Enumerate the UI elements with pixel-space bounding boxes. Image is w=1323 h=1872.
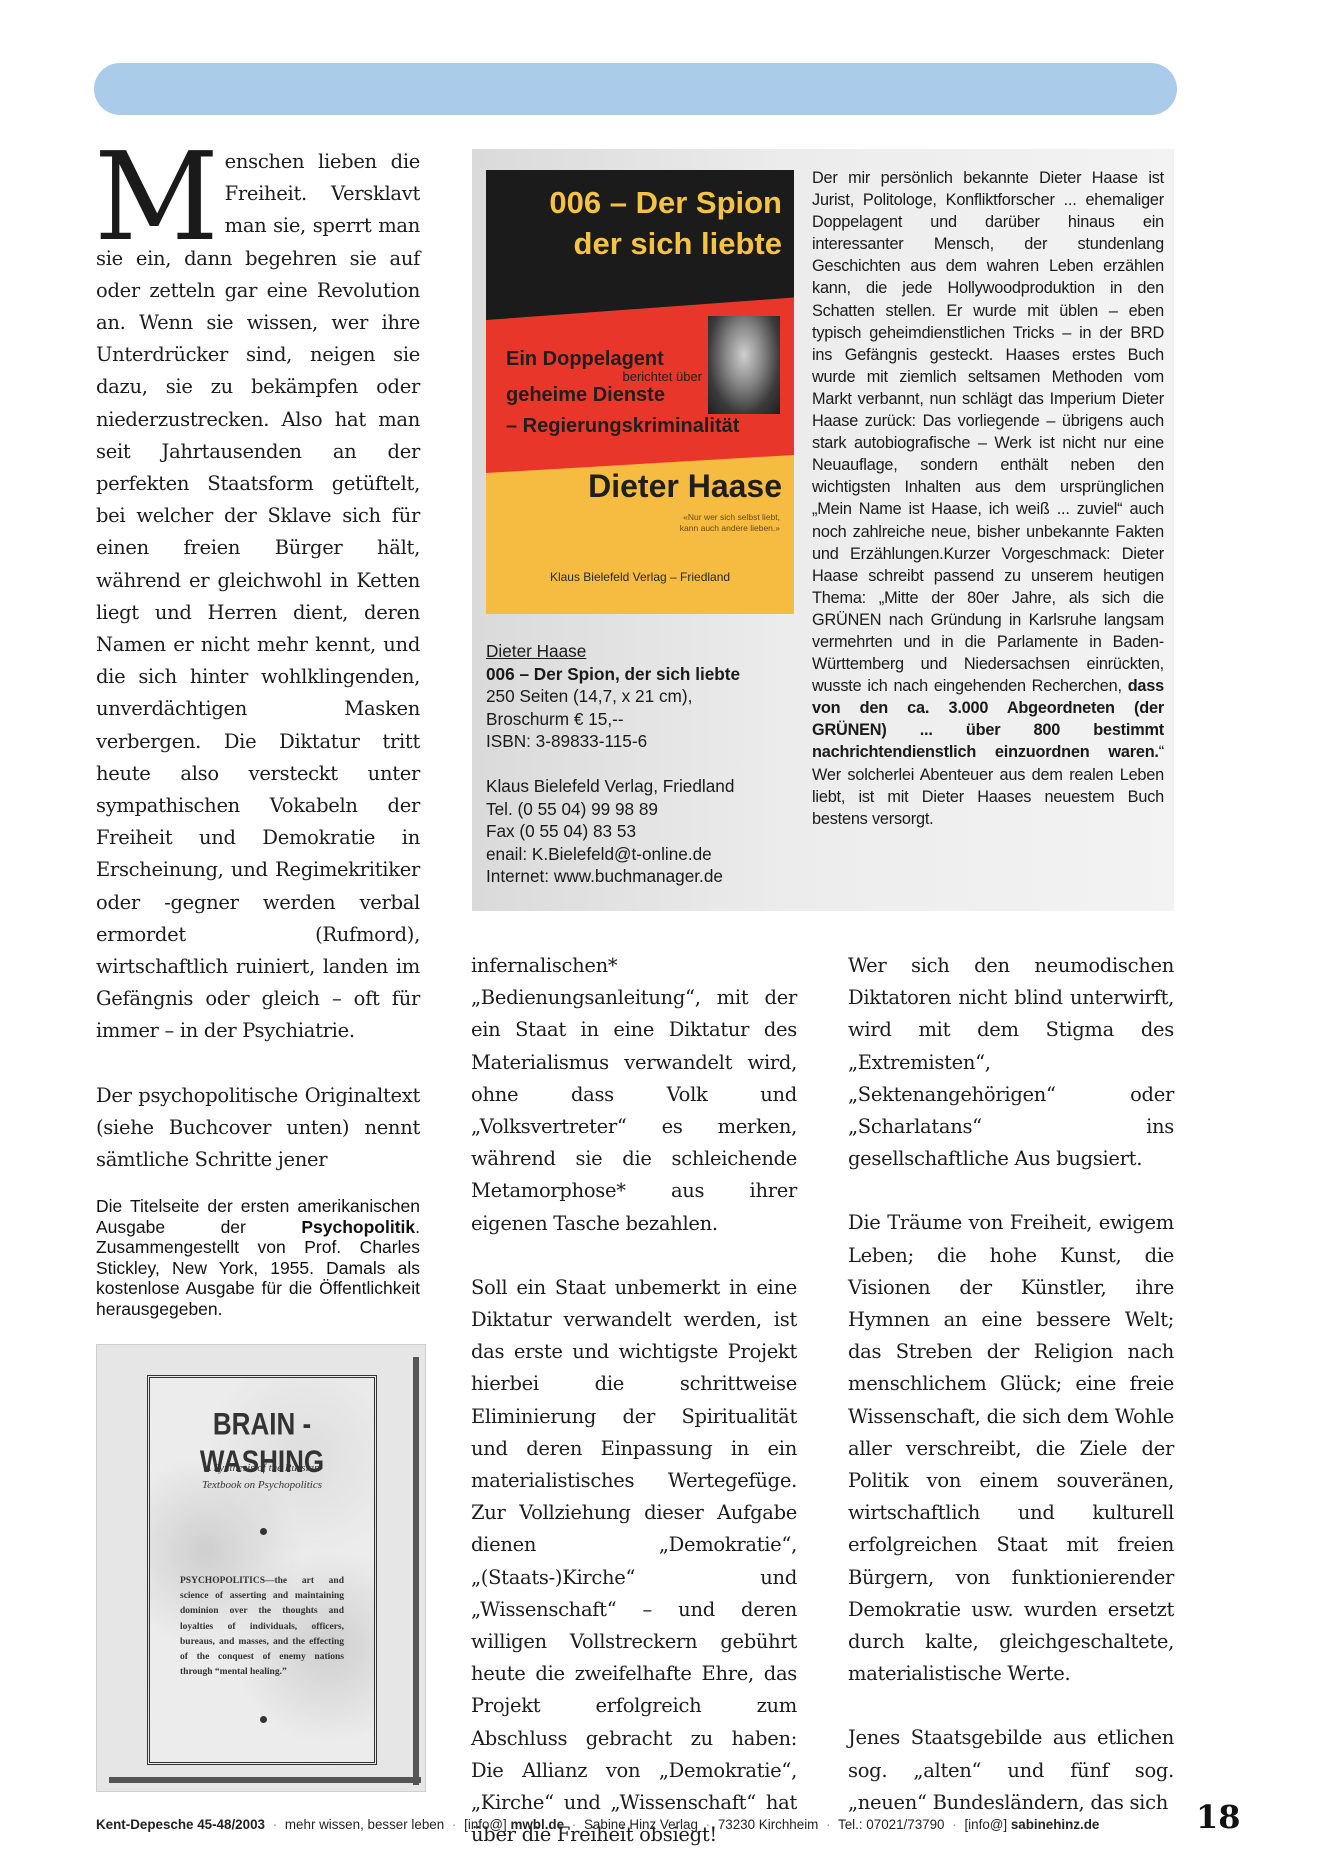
brainwashing-cover-image: BRAIN - WASHING A Synthesis of the Russi…: [96, 1344, 426, 1792]
publisher-fax: Fax (0 55 04) 83 53: [486, 820, 786, 843]
publisher-website: Internet: www.buchmanager.de: [486, 865, 786, 888]
slogan: mehr wissen, besser leben: [285, 1817, 444, 1832]
publisher-tel: Tel. (0 55 04) 99 98 89: [486, 798, 786, 821]
paragraph: infernalischen* „Bedienungsanleitung“, m…: [471, 950, 797, 1240]
paragraph: Soll ein Staat unbemerkt in eine Diktatu…: [471, 1272, 797, 1852]
book-cover-quote: «Nur wer sich selbst liebt, kann auch an…: [680, 512, 780, 534]
website-link-mwbl[interactable]: mwbl.de: [510, 1817, 564, 1832]
paragraph: Wer sich den neumodischen Diktatoren nic…: [848, 950, 1174, 1175]
book-price: Broschurm € 15,--: [486, 708, 786, 731]
paragraph: Der psychopolitische Originaltext (siehe…: [96, 1080, 420, 1177]
bullet-dot-icon: [260, 1716, 267, 1723]
book-pages: 250 Seiten (14,7, x 21 cm),: [486, 685, 786, 708]
dropcap: M: [94, 152, 219, 242]
book-cover-title: 006 – Der Spion der sich liebte: [549, 182, 782, 264]
bullet-dot-icon: [260, 1528, 267, 1535]
article-column-1: Menschen lieben die Freiheit. Versklavt …: [96, 146, 420, 1176]
book-review: Der mir persönlich bekannte Dieter Haase…: [812, 167, 1164, 830]
cover-definition: PSYCHOPOLITICS—the art and science of as…: [180, 1574, 344, 1680]
book-cover-publisher: Klaus Bielefeld Verlag – Friedland: [486, 570, 794, 584]
book-cover-subtitle-2: – Regierungskriminalität: [506, 415, 739, 438]
book-cover-subtitle: Ein Doppelagent berichtet über geheime D…: [506, 348, 706, 406]
publisher-name: Klaus Bielefeld Verlag, Friedland: [486, 775, 786, 798]
page-number: 18: [1196, 1798, 1241, 1836]
book-title: 006 – Der Spion, der sich liebte: [486, 663, 786, 686]
publication-name: Kent-Depesche 45-48/2003: [96, 1817, 265, 1832]
intro-paragraph: Menschen lieben die Freiheit. Versklavt …: [96, 146, 420, 1048]
author-photo: [708, 316, 780, 414]
header-bar: [94, 63, 1177, 115]
page-footer: Kent-Depesche 45-48/2003 · mehr wissen, …: [96, 1817, 1176, 1832]
brainwashing-caption: Die Titelseite der ersten amerikanischen…: [96, 1196, 420, 1319]
publisher-city: 73230 Kirchheim: [718, 1817, 819, 1832]
paragraph: Jenes Staatsgebilde aus etlichen sog. „a…: [848, 1722, 1174, 1819]
book-isbn: ISBN: 3-89833-115-6: [486, 730, 786, 753]
publisher-name: Sabine Hinz Verlag: [584, 1817, 698, 1832]
paragraph: Die Träume von Freiheit, ewigem Leben; d…: [848, 1207, 1174, 1690]
cover-subtitle: A Synthesis of the Russian Textbook on P…: [150, 1460, 374, 1494]
article-column-3: Wer sich den neumodischen Diktatoren nic…: [848, 950, 1174, 1819]
book-info: Dieter Haase 006 – Der Spion, der sich l…: [486, 640, 786, 888]
article-column-2: infernalischen* „Bedienungsanleitung“, m…: [471, 950, 797, 1851]
publisher-email: enail: K.Bielefeld@t-online.de: [486, 843, 786, 866]
publisher-tel: Tel.: 07021/73790: [838, 1817, 944, 1832]
book-cover-author: Dieter Haase: [588, 468, 782, 505]
book-author: Dieter Haase: [486, 640, 786, 663]
website-link-sabinehinz[interactable]: sabinehinz.de: [1011, 1817, 1100, 1832]
book-cover-image: 006 – Der Spion der sich liebte Ein Dopp…: [486, 170, 794, 614]
